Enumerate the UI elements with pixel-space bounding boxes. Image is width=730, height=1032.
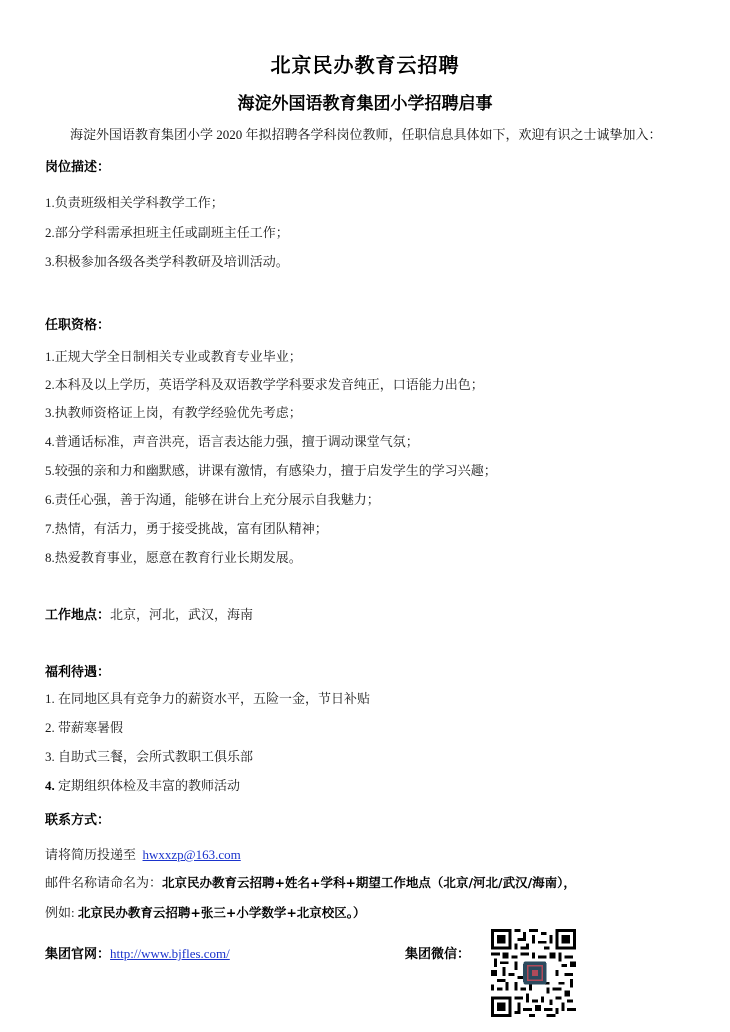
benefit-number: 1.: [45, 691, 55, 706]
work-location-label: 工作地点：: [45, 607, 110, 622]
qualification-item: 6.责任心强，善于沟通，能够在讲台上充分展示自我魅力；: [45, 489, 380, 508]
qualification-item: 2.本科及以上学历，英语学科及双语教学学科要求发音纯正，口语能力出色；: [45, 374, 484, 393]
benefit-number: 2.: [45, 720, 55, 735]
email-link[interactable]: hwxxzp@163.com: [143, 847, 241, 862]
subject-format: 北京民办教育云招聘+姓名+学科+期望工作地点（北京/河北/武汉/海南），: [162, 875, 576, 890]
website-line: 集团官网：http://www.bjfles.com/: [45, 943, 230, 962]
qualification-item: 7.热情，有活力，勇于接受挑战，富有团队精神；: [45, 518, 328, 537]
contact-send-prefix: 请将简历投递至: [45, 847, 136, 862]
page-subtitle: 海淀外国语教育集团小学招聘启事: [0, 89, 730, 114]
benefit-number: 4.: [45, 778, 55, 793]
qualification-item: 5.较强的亲和力和幽默感，讲课有激情，有感染力，擅于启发学生的学习兴趣；: [45, 460, 497, 479]
website-link[interactable]: http://www.bjfles.com/: [110, 946, 230, 961]
work-location: 工作地点：北京，河北，武汉，海南: [45, 604, 253, 623]
benefit-text: 带薪寒暑假: [58, 720, 123, 735]
contact-subject-line: 邮件名称请命名为：北京民办教育云招聘+姓名+学科+期望工作地点（北京/河北/武汉…: [45, 872, 576, 891]
job-description-item: 1.负责班级相关学科教学工作；: [45, 192, 224, 211]
intro-paragraph: 海淀外国语教育集团小学 2020 年拟招聘各学科岗位教师，任职信息具体如下，欢迎…: [70, 124, 662, 143]
subject-prefix: 邮件名称请命名为：: [45, 875, 162, 890]
benefit-number: 3.: [45, 749, 55, 764]
contact-send-line: 请将简历投递至 hwxxzp@163.com: [45, 844, 241, 863]
qualification-item: 4.普通话标准，声音洪亮，语言表达能力强，擅于调动课堂气氛；: [45, 431, 419, 450]
example-value: 北京民办教育云招聘+张三+小学数学+北京校区。）: [78, 905, 366, 920]
benefit-item: 1. 在同地区具有竞争力的薪资水平，五险一金，节日补贴: [45, 688, 370, 707]
benefits-heading: 福利待遇：: [45, 661, 110, 680]
website-label: 集团官网：: [45, 946, 110, 961]
contact-example-line: 例如: 北京民办教育云招聘+张三+小学数学+北京校区。）: [45, 902, 366, 921]
benefit-item: 3. 自助式三餐，会所式教职工俱乐部: [45, 746, 253, 765]
benefit-item: 2. 带薪寒暑假: [45, 717, 123, 736]
job-description-heading: 岗位描述：: [45, 156, 110, 175]
example-prefix: 例如:: [45, 905, 78, 920]
job-description-item: 2.部分学科需承担班主任或副班主任工作；: [45, 222, 289, 241]
qualification-item: 8.热爱教育事业，愿意在教育行业长期发展。: [45, 547, 302, 566]
qualification-item: 3.执教师资格证上岗，有教学经验优先考虑；: [45, 402, 302, 421]
job-description-item: 3.积极参加各级各类学科教研及培训活动。: [45, 251, 289, 270]
qualification-item: 1.正规大学全日制相关专业或教育专业毕业；: [45, 346, 302, 365]
work-location-value: 北京，河北，武汉，海南: [110, 607, 253, 622]
benefit-text: 自助式三餐，会所式教职工俱乐部: [58, 749, 253, 764]
benefit-item: 4. 定期组织体检及丰富的教师活动: [45, 775, 240, 794]
qualifications-heading: 任职资格：: [45, 314, 110, 333]
benefit-text: 定期组织体检及丰富的教师活动: [58, 778, 240, 793]
page-title: 北京民办教育云招聘: [0, 49, 730, 78]
wechat-label: 集团微信：: [405, 943, 470, 962]
contact-heading: 联系方式：: [45, 809, 110, 828]
benefit-text: 在同地区具有竞争力的薪资水平，五险一金，节日补贴: [58, 691, 370, 706]
wechat-qr-code-icon: [491, 929, 576, 1017]
